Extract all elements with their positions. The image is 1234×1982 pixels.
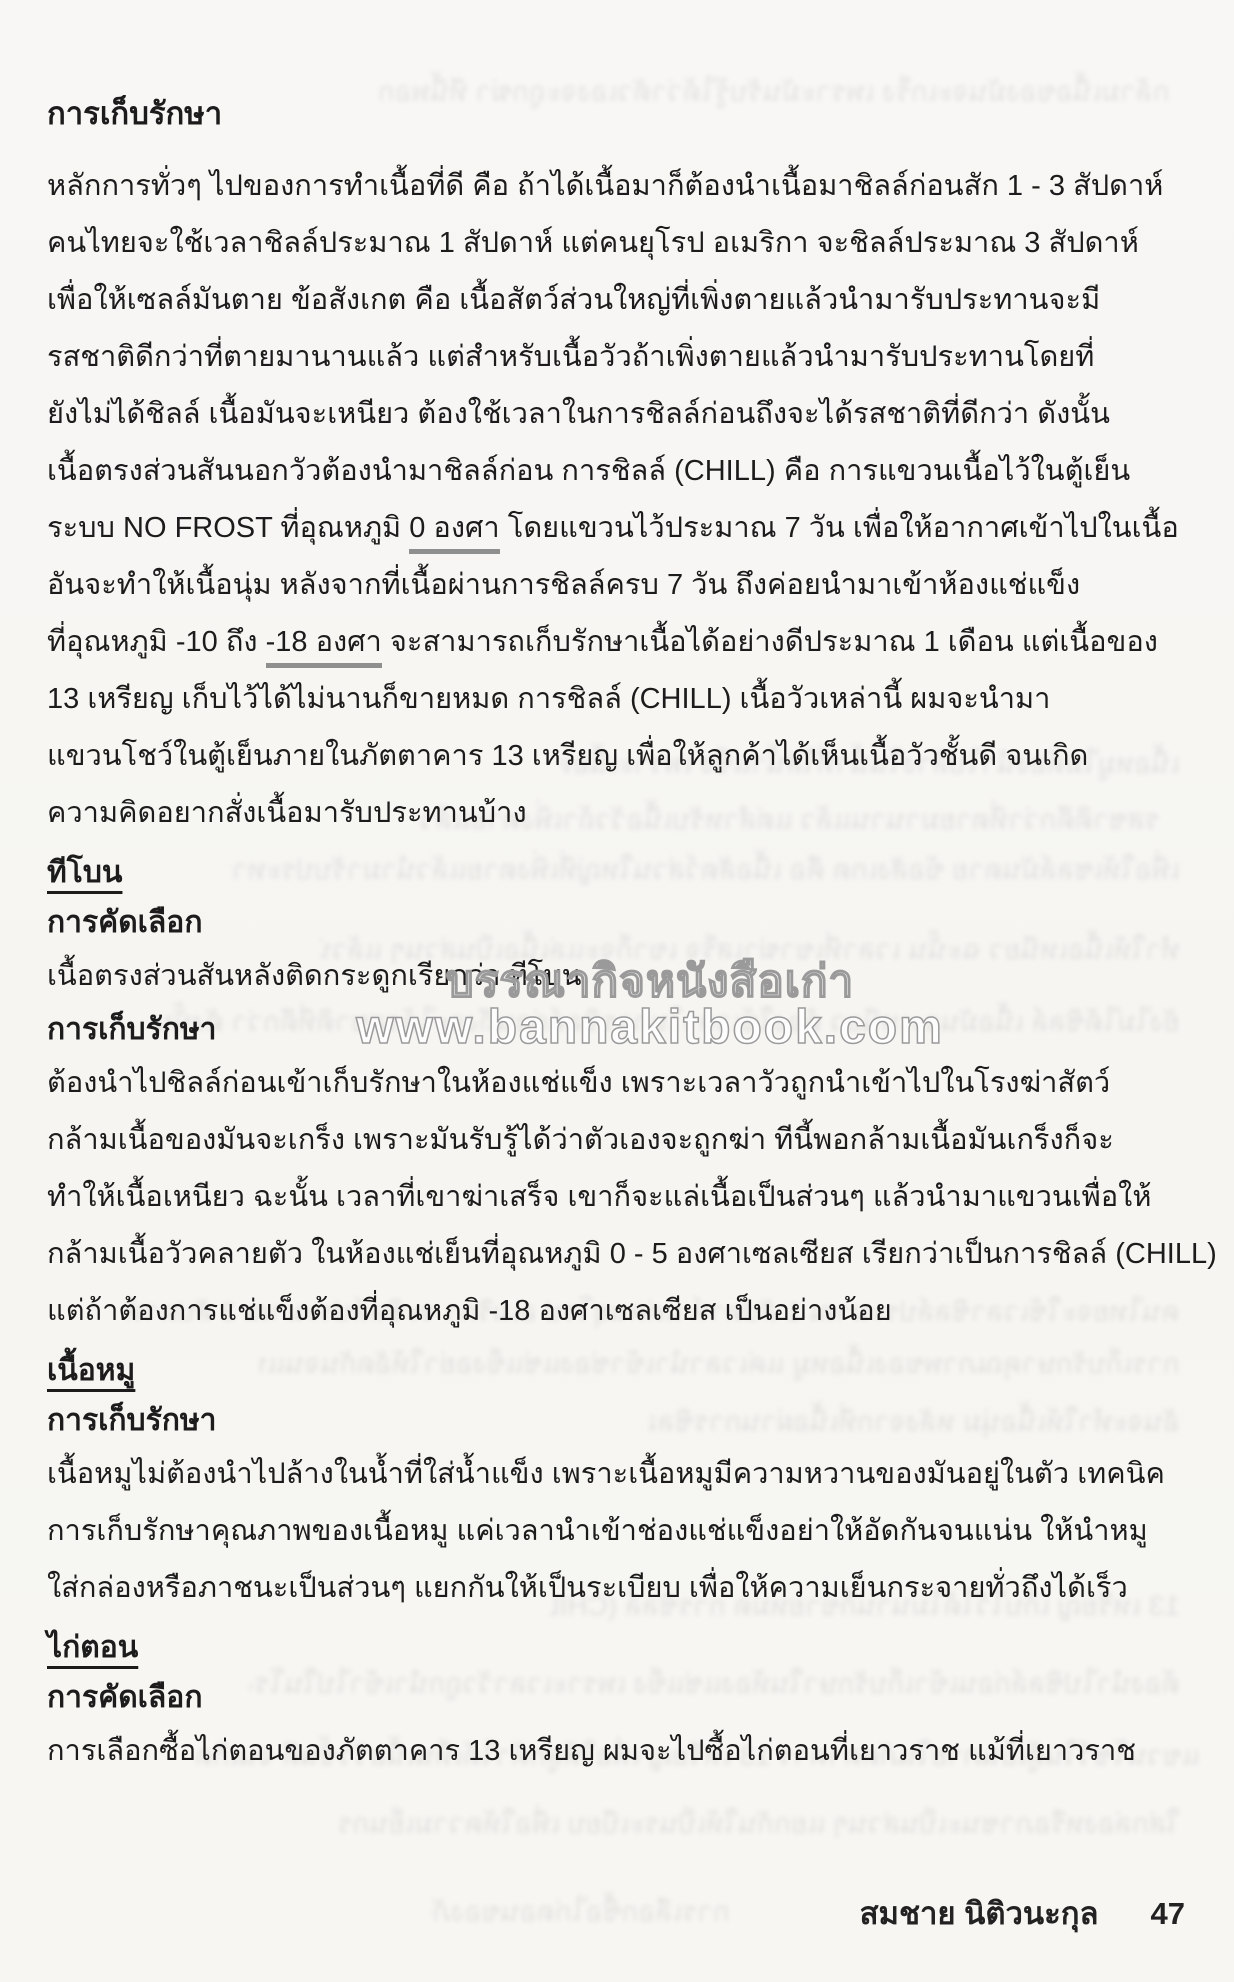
subheading-selection: การคัดเลือก	[47, 898, 1187, 948]
watermark-line2: www.bannakitbook.com	[356, 1000, 944, 1055]
body-line: เนื้อตรงส่วนสันนอกวัวต้องนำมาชิลล์ก่อน ก…	[47, 443, 1187, 500]
body-line: ที่อุณหภูมิ -10 ถึง -18 องศา จะสามารถเก็…	[47, 614, 1187, 671]
line-text: จะสามารถเก็บรักษาเนื้อได้อย่างดีประมาณ 1…	[382, 626, 1158, 658]
line-text: ระบบ NO FROST ที่อุณหภูมิ	[47, 512, 409, 544]
body-line: คนไทยจะใช้เวลาชิลล์ประมาณ 1 สัปดาห์ แต่ค…	[47, 215, 1187, 272]
body-line: กล้ามเนื้อของมันจะเกร็ง เพราะมันรับรู้ได…	[47, 1112, 1187, 1169]
body-line: ระบบ NO FROST ที่อุณหภูมิ 0 องศา โดยแขวน…	[47, 500, 1187, 557]
paragraph-pork-storage: เนื้อหมูไม่ต้องนำไปล้างในน้ำที่ใส่น้ำแข็…	[47, 1446, 1187, 1617]
body-line: ต้องนำไปชิลล์ก่อนเข้าเก็บรักษาในห้องแช่แ…	[47, 1055, 1187, 1112]
body-line: 13 เหรียญ เก็บไว้ได้ไม่นานก็ขายหมด การชิ…	[47, 671, 1187, 728]
book-page: กล้ามเนื้อของมันจะเกร็ง เพราะมันรับรู้ได…	[0, 0, 1234, 1982]
body-line: กล้ามเนื้อวัวคลายตัว ในห้องแช่เย็นที่อุณ…	[47, 1226, 1187, 1283]
body-line: ทำให้เนื้อเหนียว ฉะนั้น เวลาที่เขาฆ่าเสร…	[47, 1169, 1187, 1226]
body-line: แขวนโชว์ในตู้เย็นภายในภัตตาคาร 13 เหรียญ…	[47, 728, 1187, 785]
body-line: แต่ถ้าต้องการแช่แข็งต้องที่อุณหภูมิ -18 …	[47, 1283, 1187, 1340]
section-title-capon: ไก่ตอน	[47, 1623, 1187, 1673]
section-title-tbone: ทีโบน	[47, 848, 1187, 898]
body-line: เนื้อหมูไม่ต้องนำไปล้างในน้ำที่ใส่น้ำแข็…	[47, 1446, 1187, 1503]
body-line: การเลือกซื้อไก่ตอนของภัตตาคาร 13 เหรียญ …	[47, 1723, 1187, 1780]
page-text-block: การเก็บรักษา หลักการทั่วๆ ไปของการทำเนื้…	[47, 86, 1187, 1780]
bleedthrough-line: ใส่กล่องหรือภาชนะเป็นส่วนๆ แยกกันให้เป็น…	[340, 1802, 1180, 1846]
body-line: ใส่กล่องหรือภาชนะเป็นส่วนๆ แยกกันให้เป็น…	[47, 1560, 1187, 1617]
body-line: อันจะทำให้เนื้อนุ่ม หลังจากที่เนื้อผ่านก…	[47, 557, 1187, 614]
paragraph-tbone-storage: ต้องนำไปชิลล์ก่อนเข้าเก็บรักษาในห้องแช่แ…	[47, 1055, 1187, 1340]
page-footer: สมชาย นิติวนะกุล47	[860, 1888, 1185, 1938]
line-text: โดยแขวนไว้ประมาณ 7 วัน เพื่อให้อากาศเข้า…	[500, 512, 1179, 544]
body-line: การเก็บรักษาคุณภาพของเนื้อหมู แค่เวลานำเ…	[47, 1503, 1187, 1560]
body-line: รสชาติดีกว่าที่ตายมานานแล้ว แต่สำหรับเนื…	[47, 329, 1187, 386]
bleedthrough-line: การเลือกซื้อไก่ตอนของภัตตาคาร 13 เหรียญ …	[430, 1890, 730, 1934]
paragraph-storage-general: หลักการทั่วๆ ไปของการทำเนื้อที่ดี คือ ถ้…	[47, 158, 1187, 842]
underlined-temperature: 0 องศา	[409, 512, 499, 554]
page-heading: การเก็บรักษา	[47, 86, 1187, 142]
body-line: เพื่อให้เซลล์มันตาย ข้อสังเกต คือ เนื้อส…	[47, 272, 1187, 329]
body-line: ยังไม่ได้ชิลล์ เนื้อมันจะเหนียว ต้องใช้เ…	[47, 386, 1187, 443]
footer-page-number: 47	[1151, 1896, 1185, 1931]
underlined-temperature: -18 องศา	[266, 626, 382, 668]
footer-author: สมชาย นิติวนะกุล	[860, 1896, 1099, 1931]
subheading-storage: การเก็บรักษา	[47, 1396, 1187, 1446]
line-text: ที่อุณหภูมิ -10 ถึง	[47, 626, 266, 658]
body-line: หลักการทั่วๆ ไปของการทำเนื้อที่ดี คือ ถ้…	[47, 158, 1187, 215]
body-line: ความคิดอยากสั่งเนื้อมารับประทานบ้าง	[47, 785, 1187, 842]
section-title-pork: เนื้อหมู	[47, 1346, 1187, 1396]
subheading-selection: การคัดเลือก	[47, 1673, 1187, 1723]
